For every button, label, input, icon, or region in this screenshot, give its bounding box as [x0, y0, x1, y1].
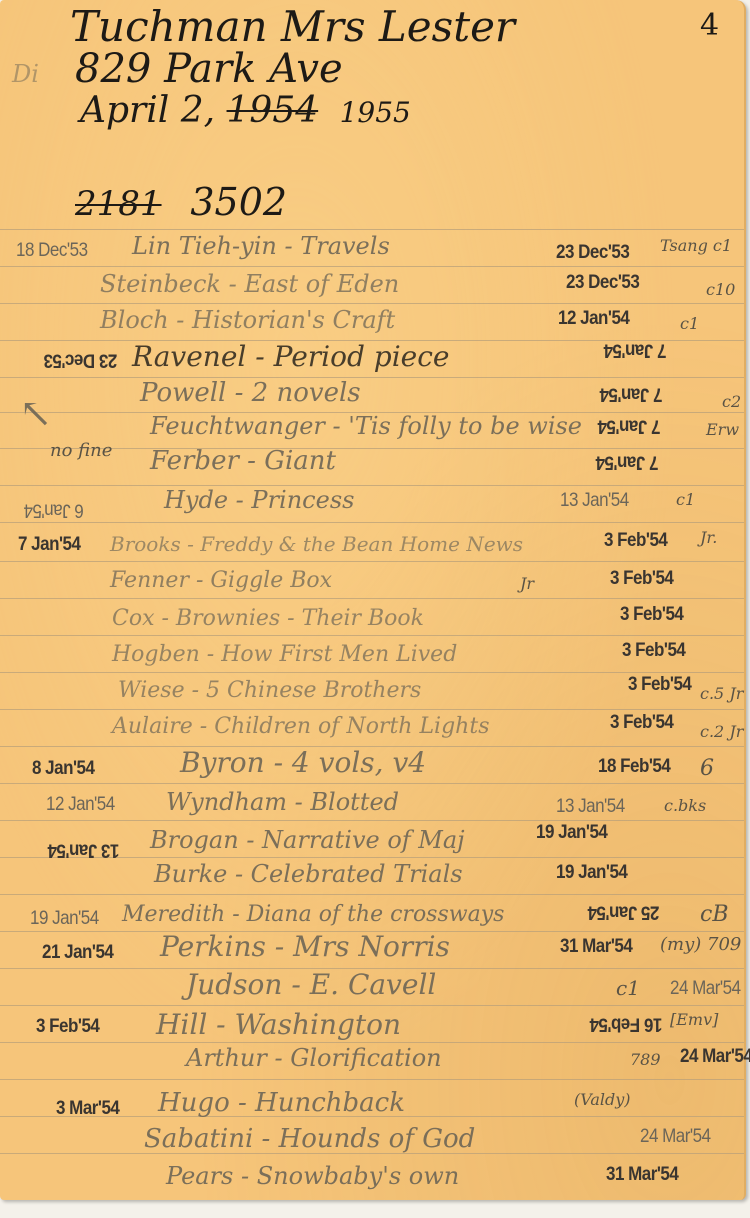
book-entry: Powell - 2 novels: [140, 378, 361, 408]
book-entry: Wyndham - Blotted: [166, 788, 399, 816]
date-due-stamp: 3 Feb'54: [622, 639, 685, 662]
date-due-stamp: 12 Jan'54: [558, 307, 629, 330]
entry-note: c1: [676, 490, 695, 509]
ruled-line: [0, 1042, 744, 1043]
date-due-stamp: 3 Feb'54: [610, 711, 673, 734]
book-entry: Cox - Brownies - Their Book: [112, 606, 424, 631]
corner-mark: 4: [700, 8, 719, 43]
ruled-line: [0, 783, 744, 784]
entry-note: c.bks: [664, 796, 706, 815]
date-due-stamp-inverted: 16 Feb'54: [590, 1013, 662, 1036]
book-entry: Ravenel - Period piece: [132, 340, 450, 373]
date-due-stamp: 24 Mar'54: [640, 1125, 711, 1148]
entry-note: (Valdy): [574, 1090, 631, 1109]
entry-note: Jr.: [700, 528, 717, 547]
date-out-stamp: 3 Feb'54: [36, 1015, 99, 1038]
struck-card-number: 2181: [75, 184, 162, 224]
ruled-line: [0, 820, 744, 821]
struck-year: 1954: [227, 90, 319, 131]
date-out-stamp: 12 Jan'54: [46, 793, 115, 816]
entry-note: c1: [680, 314, 699, 333]
date-out-stamp: 18 Dec'53: [16, 239, 88, 262]
date-due-stamp: 31 Mar'54: [560, 935, 632, 958]
entry-note: [Emv]: [670, 1010, 718, 1029]
book-entry: Hill - Washington: [156, 1008, 401, 1041]
date-due-stamp: 19 Jan'54: [556, 861, 627, 884]
ruled-line: [0, 522, 744, 523]
date-due-stamp-inverted: 25 Jan'54: [588, 901, 659, 924]
card-number: 3502: [190, 180, 287, 224]
book-entry: Judson - E. Cavell: [186, 968, 436, 1001]
patron-name: Tuchman Mrs Lester: [70, 2, 515, 51]
arrow-icon: ↑: [9, 387, 65, 443]
book-entry: Brooks - Freddy & the Bean Home News: [110, 532, 523, 556]
book-entry: Pears - Snowbaby's own: [166, 1162, 459, 1190]
date-due-stamp: 3 Feb'54: [610, 567, 673, 590]
date-due-stamp: 3 Feb'54: [604, 529, 667, 552]
book-entry: Meredith - Diana of the crossways: [122, 902, 504, 927]
entry-note: c2: [722, 392, 741, 411]
entry-note: (my) 709: [660, 934, 741, 955]
ruled-line: [0, 635, 744, 636]
book-entry: Hyde - Princess: [164, 486, 354, 514]
ruled-line: [0, 229, 744, 230]
date-due-stamp: 18 Feb'54: [598, 755, 670, 778]
book-entry: Hugo - Hunchback: [158, 1088, 405, 1118]
date-out-stamp: 19 Jan'54: [30, 907, 99, 930]
date-due-stamp: 24 Mar'54: [670, 977, 741, 1000]
date-prefix: April 2,: [80, 90, 215, 131]
ruled-line: [0, 303, 744, 304]
date-out-stamp: 21 Jan'54: [42, 941, 113, 964]
ruled-line: [0, 377, 744, 378]
book-entry: Perkins - Mrs Norris: [160, 930, 450, 963]
book-entry: Ferber - Giant: [150, 446, 336, 476]
entry-note: c.2 Jr: [700, 722, 743, 741]
ruled-line: [0, 485, 744, 486]
date-out-stamp-inverted: 13 Jan'54: [48, 839, 119, 862]
ruled-line: [0, 561, 744, 562]
date-due-stamp-inverted: 7 Jan'54: [604, 339, 666, 362]
book-entry: Bloch - Historian's Craft: [100, 306, 395, 334]
date-due-stamp: 23 Dec'53: [556, 241, 629, 264]
entry-note: c.5 Jr: [700, 684, 743, 703]
date-out-stamp: 7 Jan'54: [18, 533, 80, 556]
registration-date: April 2, 1954 1955: [80, 90, 411, 131]
book-entry: Wiese - 5 Chinese Brothers: [118, 678, 421, 703]
date-due-stamp: 31 Mar'54: [606, 1163, 678, 1186]
date-out-stamp-inverted: 23 Dec'53: [44, 349, 117, 372]
ruled-line: [0, 266, 744, 267]
date-due-stamp-inverted: 7 Jan'54: [596, 451, 658, 474]
entry-note: c10: [706, 280, 735, 299]
margin-initials: Di: [12, 60, 39, 88]
margin-note: no fine: [50, 440, 112, 461]
date-due-stamp: 3 Feb'54: [628, 673, 691, 696]
card-number-row: 2181 3502: [75, 180, 287, 224]
book-entry: Byron - 4 vols, v4: [180, 746, 426, 779]
book-entry: Lin Tieh-yin - Travels: [132, 232, 390, 260]
date-due-stamp: 23 Dec'53: [566, 271, 639, 294]
book-entry: Fenner - Giggle Box: [110, 568, 332, 593]
date-out-stamp: 8 Jan'54: [32, 757, 94, 780]
book-entry: Brogan - Narrative of Maj: [150, 826, 465, 854]
book-entry: Steinbeck - East of Eden: [100, 270, 399, 298]
entry-note: 6: [700, 756, 714, 781]
date-year: 1955: [340, 96, 411, 129]
entry-note: c1: [616, 976, 640, 1000]
date-due-stamp: 3 Feb'54: [620, 603, 683, 626]
book-entry: Sabatini - Hounds of God: [144, 1124, 475, 1154]
ruled-line: [0, 1005, 744, 1006]
entry-note: cB: [700, 902, 729, 927]
date-out-stamp-inverted: 6 Jan'54: [24, 499, 84, 522]
entry-note: Jr: [520, 574, 534, 593]
ruled-line: [0, 598, 744, 599]
book-entry: Feuchtwanger - 'Tis folly to be wise: [150, 412, 582, 440]
patron-address: 829 Park Ave: [75, 46, 343, 92]
book-entry: Arthur - Glorification: [186, 1044, 442, 1072]
date-due-stamp: 13 Jan'54: [560, 489, 629, 512]
library-borrower-card: Tuchman Mrs Lester 4 Di 829 Park Ave Apr…: [0, 0, 746, 1200]
date-due-stamp: 24 Mar'54: [680, 1045, 750, 1068]
entry-note: Tsang c1: [660, 236, 732, 255]
date-due-stamp-inverted: 7 Jan'54: [600, 383, 662, 406]
ruled-line: [0, 894, 744, 895]
date-out-stamp: 3 Mar'54: [56, 1097, 119, 1120]
entry-note: 789: [630, 1050, 661, 1069]
date-due-stamp: 19 Jan'54: [536, 821, 607, 844]
date-due-stamp: 13 Jan'54: [556, 795, 625, 818]
book-entry: Burke - Celebrated Trials: [154, 860, 463, 888]
book-entry: Hogben - How First Men Lived: [112, 642, 457, 667]
ruled-line: [0, 1079, 744, 1080]
entry-note: Erw: [706, 420, 739, 439]
book-entry: Aulaire - Children of North Lights: [112, 714, 489, 739]
date-due-stamp-inverted: 7 Jan'54: [598, 415, 660, 438]
